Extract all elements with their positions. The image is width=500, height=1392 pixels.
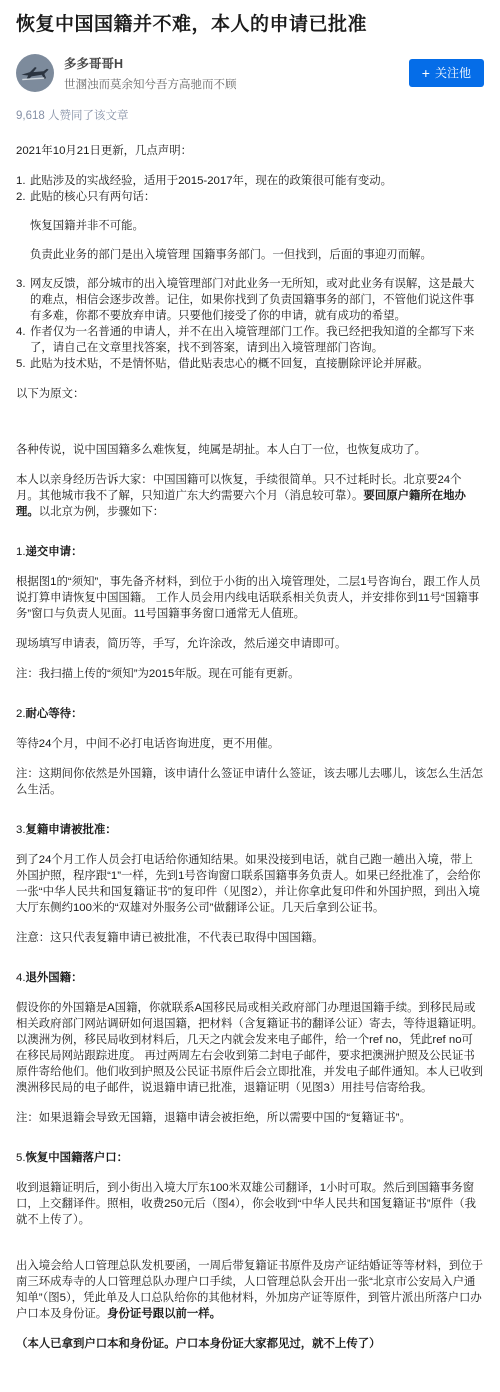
author-bio: 世溷浊而莫余知兮吾方高驰而不顾 bbox=[64, 76, 409, 92]
section-heading-1: 1.递交申请： bbox=[16, 544, 484, 560]
section-5-paragraph: 收到退籍证明后，到小街出入境大厅东100米双雄公司翻译，1小时可取。然后到国籍事… bbox=[16, 1180, 484, 1228]
paragraph-experience: 本人以亲身经历告诉大家：中国国籍可以恢复，手续很简单。只不过耗时长。北京要24个… bbox=[16, 472, 484, 520]
plus-icon: + bbox=[422, 66, 430, 80]
follow-button[interactable]: + 关注他 bbox=[409, 59, 484, 87]
author-name[interactable]: 多多哥哥H bbox=[64, 54, 409, 72]
section-2-paragraph: 等待24个月，中间不必打电话咨询进度，更不用催。 bbox=[16, 736, 484, 752]
author-row: 多多哥哥H 世溷浊而莫余知兮吾方高驰而不顾 + 关注他 bbox=[16, 54, 484, 92]
section-3-note: 注意：这只代表复籍申请已被批准，不代表已取得中国国籍。 bbox=[16, 930, 484, 946]
statement-item: 5. 此贴为技术贴，不是情怀贴，借此贴表忠心的概不回复，直接删除评论并屏蔽。 bbox=[16, 356, 484, 372]
quote-line: 恢复国籍并非不可能。 bbox=[16, 218, 484, 234]
statement-item: 1. 此贴涉及的实战经验，适用于2015-2017年，现在的政策很可能有变动。 bbox=[16, 173, 484, 189]
section-1-paragraph: 现场填写申请表，简历等，手写，允许涂改，然后递交申请即可。 bbox=[16, 636, 484, 652]
section-4-note: 注：如果退籍会导致无国籍，退籍申请会被拒绝，所以需要中国的“复籍证书”。 bbox=[16, 1110, 484, 1126]
avatar[interactable] bbox=[16, 54, 54, 92]
article-page: 恢复中国国籍并不难，本人的申请已批准 多多哥哥H 世溷浊而莫余知兮吾方高驰而不顾… bbox=[0, 12, 500, 1376]
statement-item: 2. 此贴的核心只有两句话： bbox=[16, 189, 484, 205]
statement-item: 3. 网友反馈，部分城市的出入境管理部门对此业务一无所知，或对此业务有误解，这是… bbox=[16, 276, 484, 324]
airplane-icon bbox=[18, 56, 52, 90]
final-note: （本人已拿到户口本和身份证。户口本身份证大家都见过，就不上传了） bbox=[16, 1336, 484, 1352]
quote-line: 负责此业务的部门是出入境管理 国籍事务部门。一但找到，后面的事迎刃而解。 bbox=[16, 247, 484, 263]
section-heading-4: 4.退外国籍： bbox=[16, 970, 484, 986]
update-note: 2021年10月21日更新，几点声明： bbox=[16, 143, 484, 159]
section-4-paragraph: 假设你的外国籍是A国籍，你就联系A国移民局或相关政府部门办理退国籍手续。到移民局… bbox=[16, 1000, 484, 1096]
follow-label: 关注他 bbox=[435, 64, 471, 81]
upvote-count: 9,618 人赞同了该文章 bbox=[16, 107, 484, 123]
section-2-note: 注：这期间你依然是外国籍，该申请什么签证申请什么签证，该去哪儿去哪儿，该怎么生活… bbox=[16, 766, 484, 798]
closing-paragraph: 出入境会给人口管理总队发机要函，一周后带复籍证书原件及房产证结婚证等等材料，到位… bbox=[16, 1258, 484, 1322]
section-3-paragraph: 到了24个月工作人员会打电话给你通知结果。如果没接到电话，就自己跑一趟出入境，带… bbox=[16, 852, 484, 916]
article-body: 2021年10月21日更新，几点声明： 1. 此贴涉及的实战经验，适用于2015… bbox=[16, 143, 484, 1352]
original-text-label: 以下为原文： bbox=[16, 386, 484, 402]
section-1-paragraph: 根据图1的“须知”，事先备齐材料，到位于小街的出入境管理处，二层1号咨询台，跟工… bbox=[16, 574, 484, 622]
section-heading-2: 2.耐心等待： bbox=[16, 706, 484, 722]
section-heading-5: 5.恢复中国籍落户口： bbox=[16, 1150, 484, 1166]
section-heading-3: 3.复籍申请被批准： bbox=[16, 822, 484, 838]
page-title: 恢复中国国籍并不难，本人的申请已批准 bbox=[16, 12, 484, 38]
author-meta: 多多哥哥H 世溷浊而莫余知兮吾方高驰而不顾 bbox=[64, 54, 409, 92]
statement-item: 4. 作者仅为一名普通的申请人，并不在出入境管理部门工作。我已经把我知道的全都写… bbox=[16, 324, 484, 356]
section-1-note: 注：我扫描上传的“须知”为2015年版。现在可能有更新。 bbox=[16, 666, 484, 682]
paragraph-rumor: 各种传说，说中国国籍多么难恢复，纯属是胡扯。本人白丁一位，也恢复成功了。 bbox=[16, 442, 484, 458]
bold-id-number: 身份证号跟以前一样。 bbox=[107, 1308, 221, 1320]
